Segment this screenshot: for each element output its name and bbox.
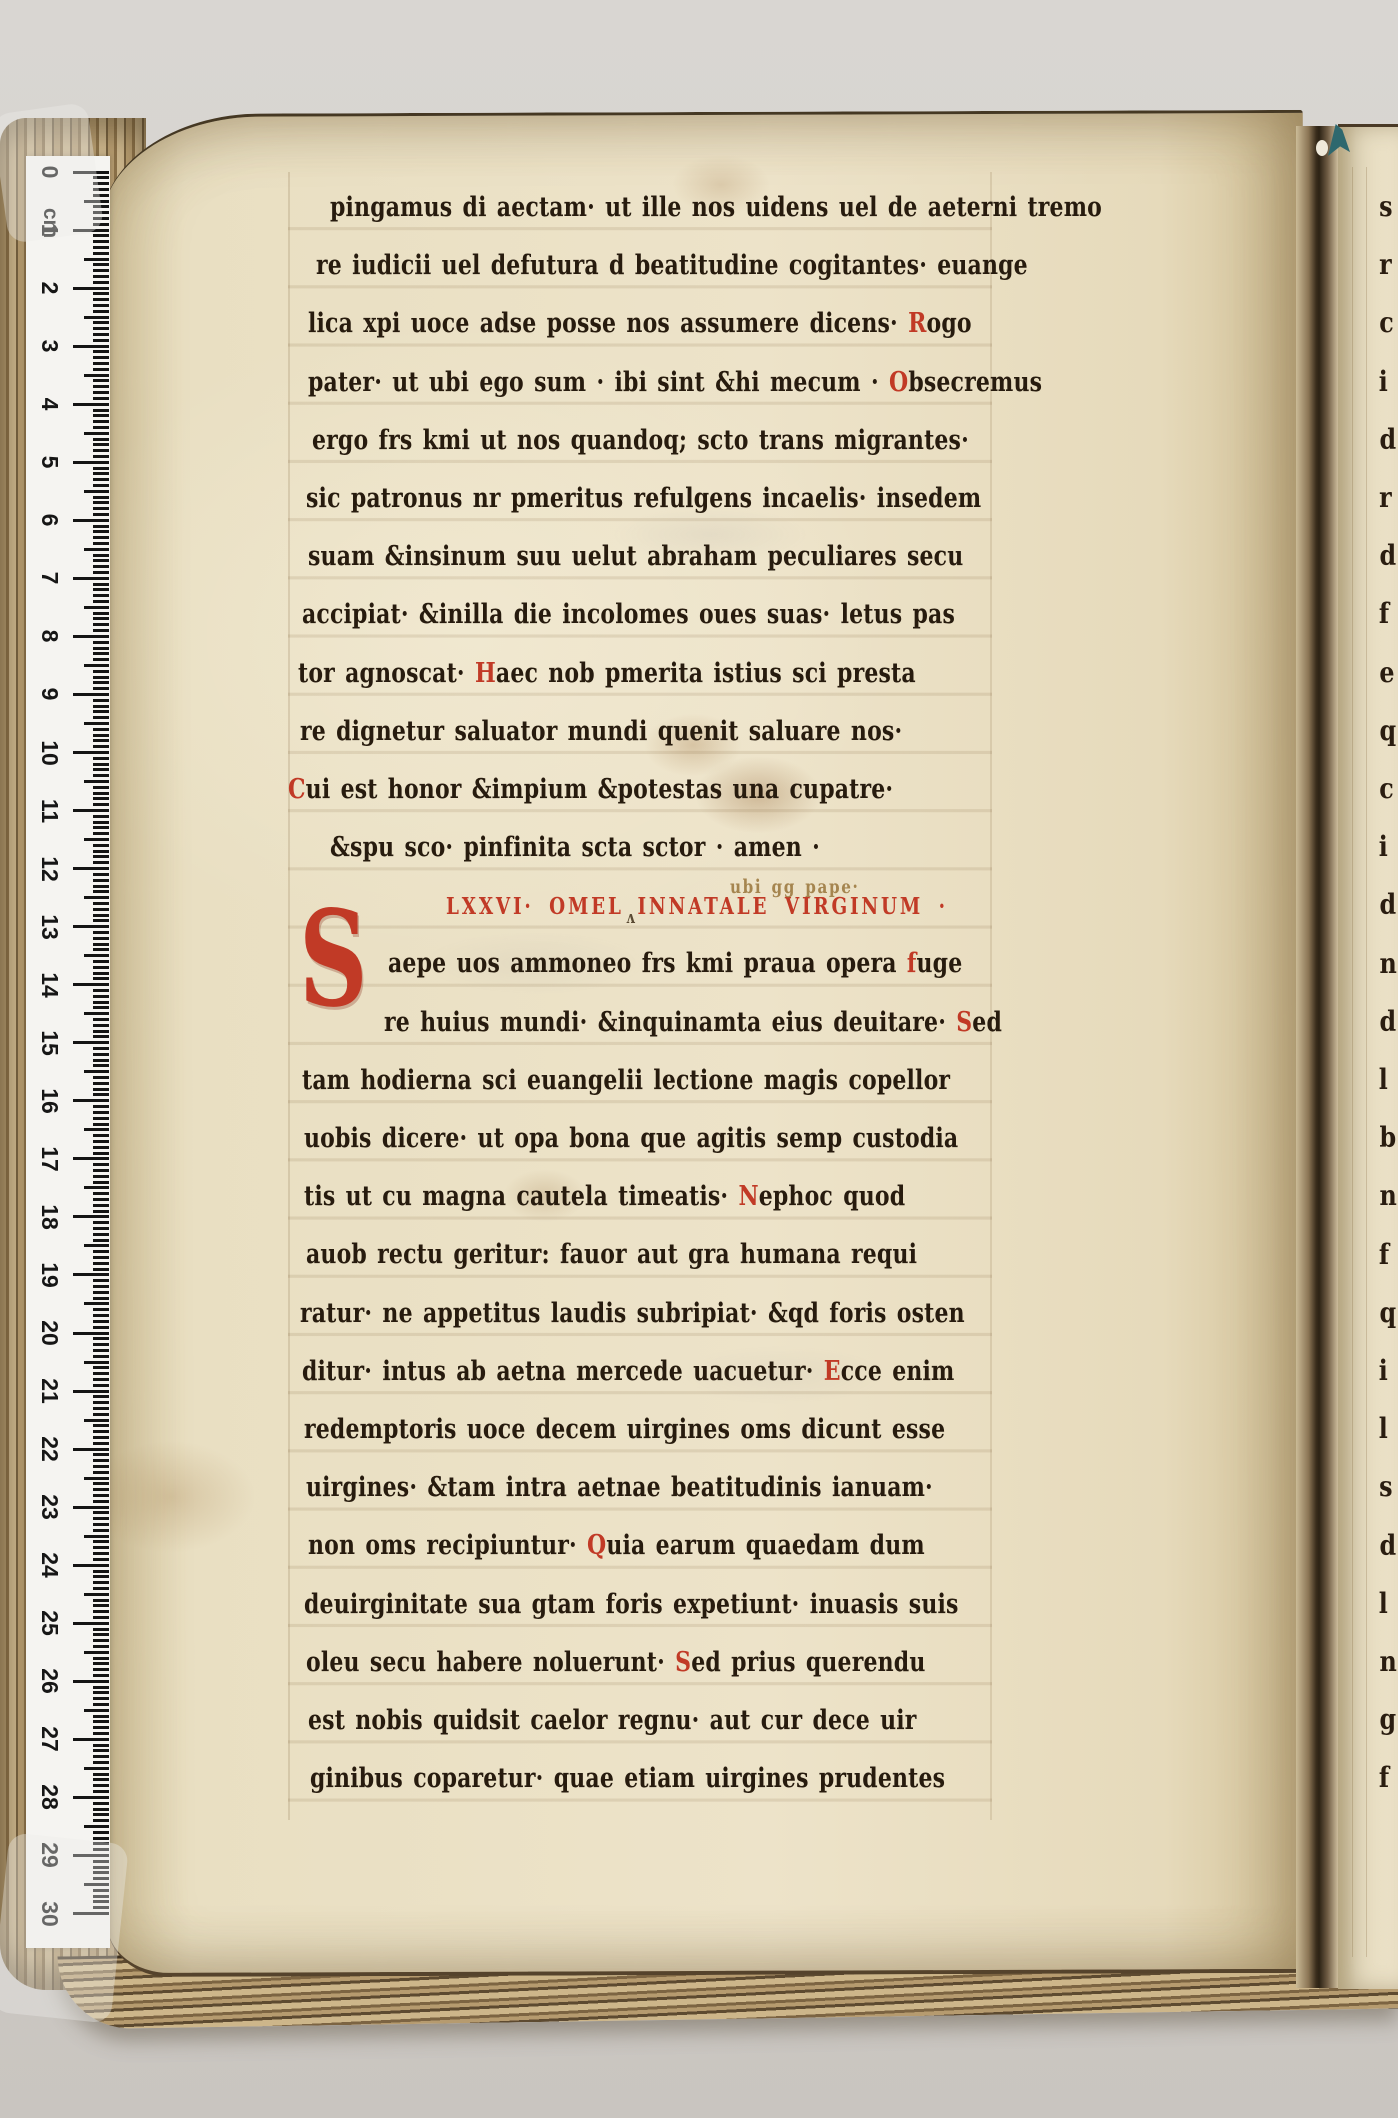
text-run: uobis dicere· ut opa bona que agitis sem… [304,1122,958,1154]
ruler-tick [93,397,109,400]
manuscript-line: sic patronus nr pmeritus refulgens incae… [306,469,906,527]
facing-page-letter: f [1379,597,1389,630]
ruler-tick [93,1808,109,1811]
ruler-tick [93,443,109,446]
ruler-number: 22 [37,1431,63,1467]
ruler-tick [93,1575,109,1578]
ruler-tick [93,873,109,876]
ruler-tick [93,1720,109,1723]
ruler-tick [93,565,109,568]
ruler-tick [93,815,109,818]
ruler-tick [73,1796,109,1799]
ruler-tick [93,484,109,487]
ruler-tick [93,1424,109,1427]
manuscript-line: pater· ut ubi ego sum · ibi sint &hi mec… [308,353,906,411]
ruler-tick [93,1076,109,1079]
ruler-tick [93,1604,109,1607]
ruler-tick [93,1256,109,1259]
ruler-tick [73,461,109,464]
ruler-tick [93,768,109,771]
ruler-tick [93,1378,109,1381]
ruler-tick [93,1001,109,1004]
ruler-tick [93,1320,109,1323]
ruler-tick [93,583,109,586]
facing-page-letter: g [1379,1703,1396,1736]
ruler-tick [93,1030,109,1033]
ruler-tick [93,292,109,295]
ruler-tick [93,710,109,713]
ruler-tick [93,1703,109,1706]
ruler-tick [84,490,109,493]
ruler-tick [93,1599,109,1602]
facing-page-letter: q [1379,1296,1396,1329]
text-run: ephoc quod [759,1180,906,1212]
ruler-tick [93,1657,109,1660]
manuscript-line: ratur· ne appetitus laudis subripiat· &q… [300,1284,905,1342]
ruler-tick [73,519,109,522]
ruler-number: 21 [37,1373,63,1409]
ruler-tick [93,1337,109,1340]
ruler-tick [93,705,109,708]
ruler-tick [73,1215,109,1218]
ruler-tick [93,879,109,882]
ruler-tick [93,1633,109,1636]
ruler-tick [93,1279,109,1282]
text-run: pingamus di aectam· ut ille nos uidens u… [330,191,1102,223]
text-run: cce enim [841,1355,955,1387]
ruler-tick [93,1662,109,1665]
ruler-tick [93,1761,109,1764]
ruler-number: 13 [37,909,63,945]
ruler-tick [93,902,109,905]
text-run: bsecremus [908,366,1042,398]
ruler-tick [84,1709,109,1712]
ruler-tick [93,571,109,574]
ruler-tick [93,252,109,255]
ruler-tick [93,449,109,452]
ruler-tick [93,821,109,824]
ruler-tick [73,287,109,290]
rubricated-initial: N [738,1180,758,1212]
ruler-tick [93,1221,109,1224]
ruler-tick [93,1465,109,1468]
ruler-tick [84,838,109,841]
facing-page-letter: n [1380,947,1397,980]
manuscript-line: uobis dicere· ut opa bona que agitis sem… [304,1109,906,1167]
ruler-tick [93,327,109,330]
text-run: pater· ut ubi ego sum · ibi sint &hi mec… [308,366,889,398]
text-run: ditur· intus ab aetna mercede uacuetur· [302,1355,824,1387]
ruler-tick [93,699,109,702]
insertion-caret: ʌ [624,908,638,928]
ruler-tick [93,1430,109,1433]
text-run: oleu secu habere noluerunt· [306,1646,675,1678]
ruler-tick [93,1668,109,1671]
ruler-tick [93,409,109,412]
manuscript-line: ginibus coparetur· quae etiam uirgines p… [310,1749,907,1807]
ruler-tick [73,983,109,986]
ruler-tick [84,374,109,377]
ruler-tick [93,919,109,922]
ruler-tick [93,1093,109,1096]
ruler-tick [84,432,109,435]
ruler-tick [93,1686,109,1689]
ruler-tick [93,1552,109,1555]
ruler-tick [93,1111,109,1114]
ruler-tick [73,809,109,812]
text-run: tam hodierna sci euangelii lectione magi… [302,1064,950,1096]
ruler-tick [93,1674,109,1677]
ruler-tick [93,989,109,992]
manuscript-line: ditur· intus ab aetna mercede uacuetur· … [302,1342,905,1400]
ruler-tick [93,1837,109,1840]
ruler-tick [93,362,109,365]
ruler-tick [93,1436,109,1439]
ruler-tick [93,658,109,661]
ruler-number: 2 [37,270,63,306]
ruler-tick [93,1006,109,1009]
manuscript-line: pingamus di aectam· ut ille nos uidens u… [330,178,911,236]
ruler-tick [93,1511,109,1514]
ruler-tick [93,716,109,719]
ruler-tick [73,1273,109,1276]
ruler-tick [93,1204,109,1207]
ruler-tick [93,757,109,760]
ruler-tick [93,368,109,371]
rubricated-initial: S [675,1646,691,1678]
manuscript-line: tis ut cu magna cautela timeatis· Nephoc… [304,1167,906,1225]
ruler-tick [93,414,109,417]
ruler-tick [93,1628,109,1631]
ruler-tick [93,1134,109,1137]
ruler-tick [93,1482,109,1485]
ruler-tick [93,1639,109,1642]
text-run: uirgines· &tam intra aetnae beatitudinis… [306,1471,933,1503]
ruler-tick [93,321,109,324]
ruler-tick [93,1831,109,1834]
manuscript-line: non oms recipiuntur· Quia earum quaedam … [308,1516,906,1574]
ruler-tick [93,1355,109,1358]
ruler-tick [93,960,109,963]
ruler-tick [93,1581,109,1584]
rubricated-initial: H [475,657,496,689]
ruler-tick [84,1012,109,1015]
ruler-tick [93,844,109,847]
ruler-tick [73,867,109,870]
ruler-tick [93,559,109,562]
ruler-tick [93,1471,109,1474]
ruler-tick [93,763,109,766]
manuscript-line: re huius mundi· &inquinamta eius deuitar… [384,993,922,1051]
ruler-number: 3 [37,328,63,364]
ruler-tick [93,1610,109,1613]
manuscript-line: Cui est honor &impium &potestas una cupa… [288,760,902,818]
ruler-tick [93,1210,109,1213]
ruler-tick [93,1819,109,1822]
ruler-tick [93,1285,109,1288]
ruler-tick [93,803,109,806]
ruler-tick [93,681,109,684]
ruler-tick [84,1419,109,1422]
ruler-tick [84,1070,109,1073]
ruler-tick [93,310,109,313]
ruler-tick [93,507,109,510]
ruler-tick [93,826,109,829]
ruler-tick [93,1198,109,1201]
ruler-number: 10 [37,735,63,771]
ruler-tick [93,1018,109,1021]
ruler-tick [84,896,109,899]
ruler-tick [93,1500,109,1503]
ruler-tick [93,641,109,644]
ruler-tick [93,1117,109,1120]
text-run: re huius mundi· &inquinamta eius deuitar… [384,1006,956,1038]
ruler-tick [73,1157,109,1160]
ruler-tick [84,1651,109,1654]
ruler-tick [93,501,109,504]
manuscript-line: lica xpi uoce adse posse nos assumere di… [308,294,906,352]
plastic-wrap-glint [0,1832,129,2024]
ruler-tick [84,258,109,261]
facing-page-letter: l [1379,1587,1388,1620]
ruler-tick [93,1163,109,1166]
ruler-tick [84,722,109,725]
ruler-tick [93,333,109,336]
ruler-tick [93,1616,109,1619]
ruler-tick [93,734,109,737]
ruler-tick [73,1680,109,1683]
ruler-tick [93,1494,109,1497]
ruler-tick [93,1459,109,1462]
ruler-tick [93,1784,109,1787]
facing-page-letter: r [1379,481,1392,514]
ruler-tick [93,240,109,243]
ruler-tick [84,1477,109,1480]
manuscript-line: tam hodierna sci euangelii lectione magi… [302,1051,905,1109]
ruler-tick [93,995,109,998]
ruler-tick [93,1813,109,1816]
ruler-tick [93,739,109,742]
manuscript-photo-scene: pingamus di aectam· ut ille nos uidens u… [0,0,1398,2118]
ruler-tick [93,1691,109,1694]
ruler-tick [73,1564,109,1567]
ruler-tick [93,670,109,673]
ruler-tick [73,1390,109,1393]
text-run: redemptoris uoce decem uirgines oms dicu… [304,1413,945,1445]
ruler-tick [84,1302,109,1305]
ruler-tick [93,850,109,853]
facing-page-letter: d [1379,423,1396,456]
ruler-number: 18 [37,1199,63,1235]
manuscript-line: auob rectu geritur: fauor aut gra humana… [306,1225,906,1283]
rubric-text: LXXVI· OMEL [446,893,624,920]
ruler-tick [93,426,109,429]
ruler-tick [93,263,109,266]
ruler-tick [84,954,109,957]
ruler-tick [93,1802,109,1805]
ruler-number: 23 [37,1489,63,1525]
ruler-number: 19 [37,1257,63,1293]
ruler-tick [93,1035,109,1038]
ruler-number: 4 [37,386,63,422]
manuscript-line: deuirginitate sua gtam foris expetiunt· … [304,1575,906,1633]
ruler-tick [73,635,109,638]
facing-page-letter: s [1379,1470,1392,1503]
ruler-tick [93,269,109,272]
facing-page-letter: q [1379,714,1396,747]
ruler-tick [93,438,109,441]
facing-ruling-line [1352,167,1353,1957]
ruler-tick [93,1326,109,1329]
ruler-tick [93,786,109,789]
facing-page-letter: s [1379,190,1392,223]
facing-page-letter: b [1379,1121,1396,1154]
text-run: ginibus coparetur· quae etiam uirgines p… [310,1762,945,1794]
text-run: non oms recipiuntur· [308,1529,587,1561]
facing-page-letter: d [1379,1005,1396,1038]
ruler-tick [73,1332,109,1335]
manuscript-line: suam &insinum suu uelut abraham peculiar… [308,527,906,585]
ruler-number: 6 [37,502,63,538]
text-run: ratur· ne appetitus laudis subripiat· &q… [300,1297,965,1329]
ruler-tick [93,1570,109,1573]
ruler-tick [93,467,109,470]
ruler-number: 12 [37,851,63,887]
text-run: suam &insinum suu uelut abraham peculiar… [308,540,963,572]
ruler-tick [93,612,109,615]
facing-page-letter: d [1379,1529,1396,1562]
facing-page-letter: n [1380,1179,1397,1212]
ruler-tick [93,1082,109,1085]
manuscript-line: accipiat· &inilla die incolomes oues sua… [302,585,905,643]
facing-page-letter: f [1379,1761,1389,1794]
text-run: ui est honor &impium &potestas una cupat… [306,773,894,805]
ruler-tick [93,356,109,359]
ruler-tick [93,350,109,353]
ruler-tick [93,1250,109,1253]
ruler-tick [93,1123,109,1126]
ruler-tick [93,1749,109,1752]
ruler-tick [93,1726,109,1729]
text-run: accipiat· &inilla die incolomes oues sua… [302,598,955,630]
facing-page-letter: d [1379,888,1396,921]
ruler-tick [93,1291,109,1294]
ruler-tick [93,617,109,620]
facing-page-letter: d [1379,539,1396,572]
ruler-tick [93,1645,109,1648]
ruler-tick [93,647,109,650]
ruler-tick [93,832,109,835]
ruler-tick [84,1244,109,1247]
ruler-tick [84,1825,109,1828]
ruler-number: 25 [37,1605,63,1641]
ruler-number: 5 [37,444,63,480]
ruler-number: 20 [37,1315,63,1351]
ruler-tick [93,1558,109,1561]
text-run: re dignetur saluator mundi quenit saluar… [300,715,902,747]
ruler-tick [93,1773,109,1776]
ruler-number: 7 [37,560,63,596]
ruler-number: 8 [37,618,63,654]
ruler-tick [93,966,109,969]
ruler-tick [93,1024,109,1027]
ruler-tick [84,780,109,783]
ruler-tick [93,391,109,394]
ruler-tick [93,1308,109,1311]
ruler-tick [93,281,109,284]
ruler-number: 14 [37,967,63,1003]
book-gutter [1296,126,1338,1988]
manuscript-line: tor agnoscat· Haec nob pmerita istius sc… [298,644,904,702]
text-run: deuirginitate sua gtam foris expetiunt· … [304,1588,959,1620]
ruler-tick [93,1366,109,1369]
ruler-tick [93,1064,109,1067]
facing-page-letter: r [1379,248,1392,281]
ruler-tick [93,1540,109,1543]
ruler-tick [73,1099,109,1102]
ruler-tick [93,1384,109,1387]
ruler-tick [93,1744,109,1747]
ruler-tick [93,629,109,632]
ruler-tick [93,1181,109,1184]
ruler-tick [93,1587,109,1590]
text-run: re iudicii uel defutura d beatitudine co… [316,249,1028,281]
ruler-tick [93,542,109,545]
ruler-number: 17 [37,1141,63,1177]
ruler-tick [93,234,109,237]
text-run: tor agnoscat· [298,657,475,689]
text-run: sic patronus nr pmeritus refulgens incae… [306,482,981,514]
ruler-tick [93,885,109,888]
bookmark-bead [1316,140,1328,156]
ruler-tick [93,1233,109,1236]
ruler-tick [93,1088,109,1091]
ruler-tick [93,1059,109,1062]
ruler-tick [93,1227,109,1230]
plastic-wrap-glint [0,102,105,244]
facing-page-letter: i [1379,830,1388,863]
ruler-tick [93,1053,109,1056]
ruler-tick [84,1186,109,1189]
facing-page-letter: i [1379,1354,1388,1387]
ruler-tick [93,339,109,342]
ruler-tick [93,728,109,731]
ruler-tick [93,652,109,655]
cm-ruler: 0123456789101112131415161718192021222324… [26,156,110,1948]
ruler-tick [93,908,109,911]
text-run: ed [972,1006,1002,1038]
ruler-tick [93,861,109,864]
text-run: ogo [927,307,972,339]
ruler-tick [93,1175,109,1178]
manuscript-line: redemptoris uoce decem uirgines oms dicu… [304,1400,906,1458]
text-run: est nobis quidsit caelor regnu· aut cur … [308,1704,917,1736]
facing-page-letter: e [1379,656,1394,689]
ruler-tick [93,1239,109,1242]
ruler-tick [93,914,109,917]
ruler-tick [93,472,109,475]
manuscript-line: re dignetur saluator mundi quenit saluar… [300,702,905,760]
ruler-tick [93,931,109,934]
ruler-number: 24 [37,1547,63,1583]
ruler-tick [93,1732,109,1735]
ruler-number: 28 [37,1779,63,1815]
ruler-tick [93,594,109,597]
ruler-tick [73,1506,109,1509]
ruler-tick [93,1268,109,1271]
ruler-tick [73,693,109,696]
ruler-tick [93,948,109,951]
